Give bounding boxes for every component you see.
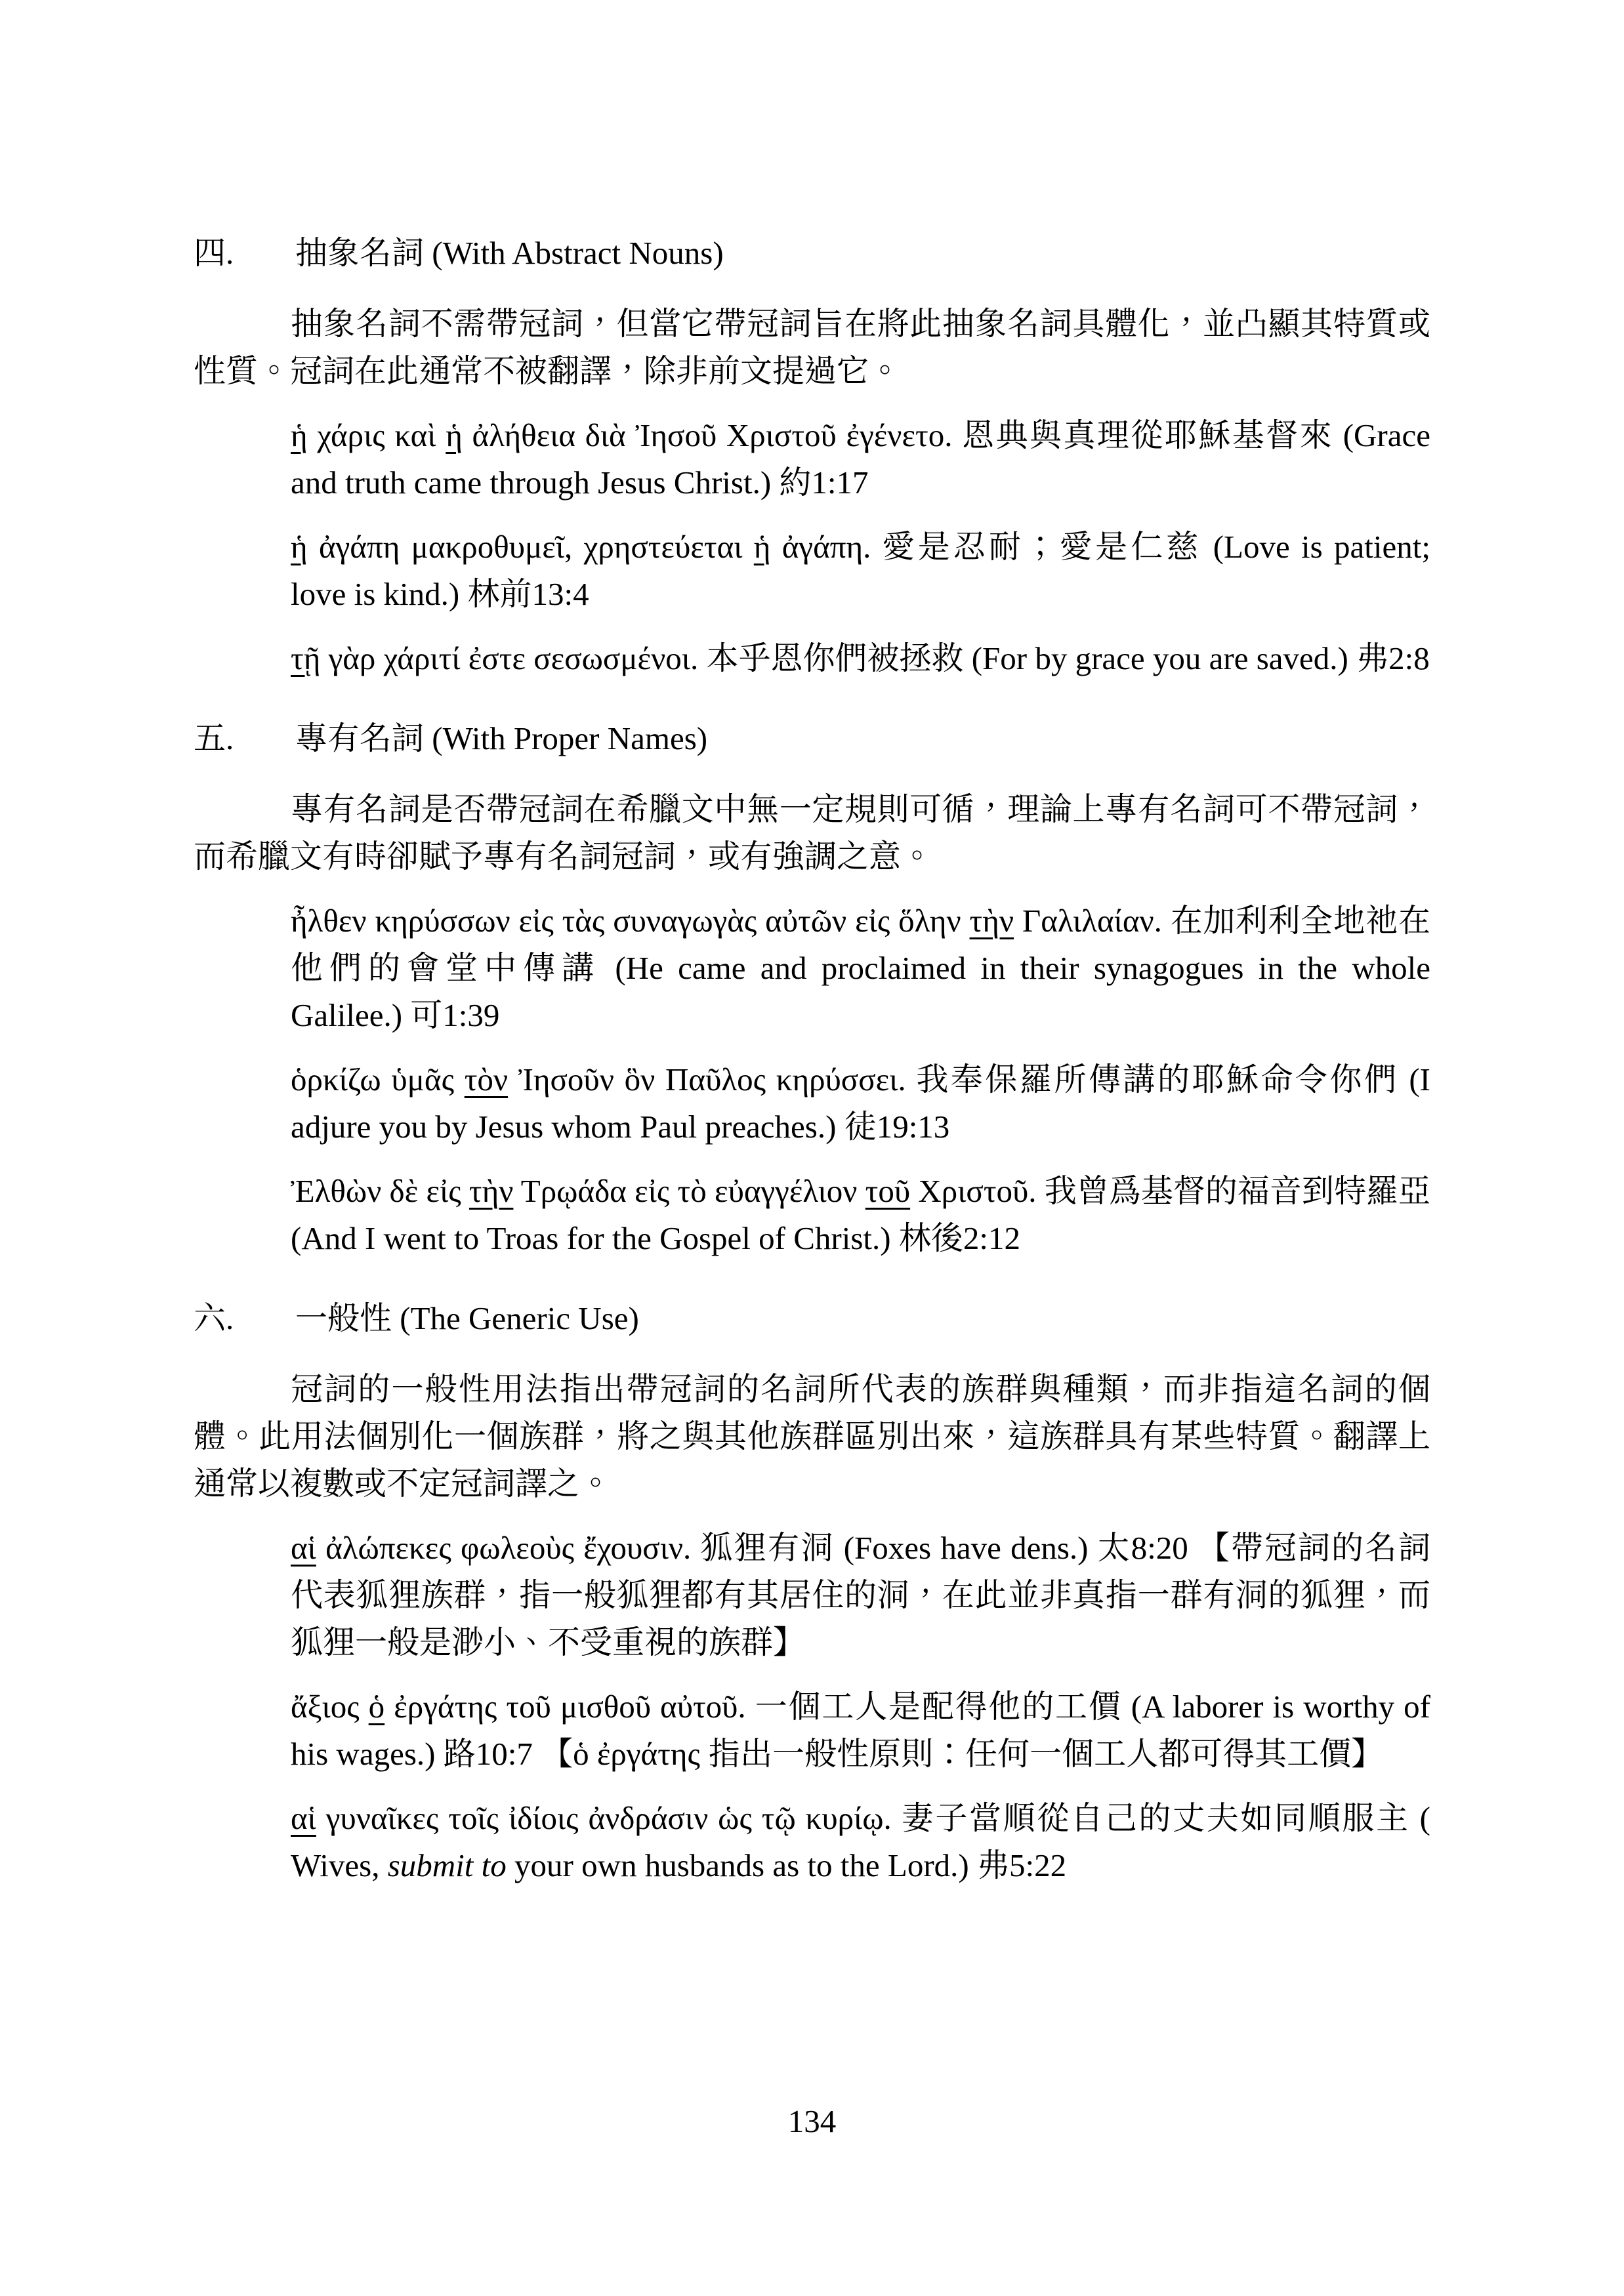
example-text-segment: ἐργάτης τοῦ μισθοῦ αὐτοῦ. 一個工人是配得他的工價 (A… [291,1689,1430,1772]
section-number: 五. [194,715,295,762]
page-content: 四.抽象名詞 (With Abstract Nouns)抽象名詞不需帶冠詞，但當… [194,230,1430,1889]
example-text-segment: ἄξιος [291,1689,369,1725]
section-number: 四. [194,230,295,277]
greek-article-underlined: ἡ [754,529,771,565]
greek-article-underlined: ἡ [291,417,308,453]
page-number: 134 [0,2098,1624,2145]
section: 四.抽象名詞 (With Abstract Nouns)抽象名詞不需帶冠詞，但當… [194,230,1430,682]
example-text-segment: ἦλθεν κηρύσσων εἰς τὰς συναγωγὰς αὐτῶν ε… [291,903,970,939]
example-item: ἡ χάρις καὶ ἡ ἀλήθεια διὰ Ἰησοῦ Χριστοῦ … [291,412,1430,506]
section: 五.專有名詞 (With Proper Names)專有名詞是否帶冠詞在希臘文中… [194,715,1430,1262]
greek-article-underlined: ἡ [291,529,308,565]
example-item: ὁρκίζω ὑμᾶς τὸν Ἰησοῦν ὃν Παῦλος κηρύσσε… [291,1056,1430,1151]
section-heading: 五.專有名詞 (With Proper Names) [194,715,1430,762]
greek-article-underlined: αἱ [291,1530,316,1566]
example-text-segment: ἀλώπεκες φωλεοὺς ἔχουσιν. 狐狸有洞 (Foxes ha… [291,1530,1430,1660]
section-title: 抽象名詞 (With Abstract Nouns) [295,230,1430,277]
section-intro: 專有名詞是否帶冠詞在希臘文中無一定規則可循，理論上專有名詞可不帶冠詞，而希臘文有… [194,786,1430,880]
section-intro: 抽象名詞不需帶冠詞，但當它帶冠詞旨在將此抽象名詞具體化，並凸顯其特質或性質。冠詞… [194,300,1430,395]
sections-root: 四.抽象名詞 (With Abstract Nouns)抽象名詞不需帶冠詞，但當… [194,230,1430,1889]
section-title: 專有名詞 (With Proper Names) [295,715,1430,762]
example-item: ἡ ἀγάπη μακροθυμεῖ, χρηστεύεται ἡ ἀγάπη.… [291,523,1430,618]
section-heading: 六.一般性 (The Generic Use) [194,1295,1430,1342]
example-item: Ἐλθὼν δὲ εἰς τὴν Τρῳάδα εἰς τὸ εὐαγγέλιο… [291,1168,1430,1262]
example-text-segment: γὰρ χάριτί ἐστε σεσωσμένοι. 本乎恩你們被拯救 (Fo… [320,640,1429,676]
section-intro: 冠詞的一般性用法指出帶冠詞的名詞所代表的族群與種類，而非指這名詞的個體。此用法個… [194,1366,1430,1507]
section-heading: 四.抽象名詞 (With Abstract Nouns) [194,230,1430,277]
greek-article-underlined: ὁ [369,1689,385,1725]
greek-article-underlined: τὸν [465,1061,508,1097]
example-text-segment: submit to [388,1847,507,1883]
section: 六.一般性 (The Generic Use)冠詞的一般性用法指出帶冠詞的名詞所… [194,1295,1430,1889]
example-item: ἦλθεν κηρύσσων εἰς τὰς συναγωγὰς αὐτῶν ε… [291,897,1430,1039]
example-text-segment: χάρις καὶ [308,417,446,453]
example-text-segment: Ἐλθὼν δὲ εἰς [291,1173,469,1209]
section-number: 六. [194,1295,295,1342]
example-text-segment: ὁρκίζω ὑμᾶς [291,1061,465,1097]
section-title: 一般性 (The Generic Use) [295,1295,1430,1342]
example-item: αἱ γυναῖκες τοῖς ἰδίοις ἀνδράσιν ὡς τῷ κ… [291,1795,1430,1889]
document-page: { "page": { "number": "134" }, "sections… [0,0,1624,2296]
greek-article-underlined: τῇ [291,640,320,676]
example-item: αἱ ἀλώπεκες φωλεοὺς ἔχουσιν. 狐狸有洞 (Foxes… [291,1525,1430,1666]
example-item: τῇ γὰρ χάριτί ἐστε σεσωσμένοι. 本乎恩你們被拯救 … [291,635,1430,682]
greek-article-underlined: τὴν [970,903,1014,939]
greek-article-underlined: ἡ [446,417,463,453]
example-text-segment: your own husbands as to the Lord.) 弗5:22 [507,1847,1066,1883]
greek-article-underlined: τὴν [469,1173,513,1209]
example-item: ἄξιος ὁ ἐργάτης τοῦ μισθοῦ αὐτοῦ. 一個工人是配… [291,1683,1430,1778]
example-text-segment: Τρῳάδα εἰς τὸ εὐαγγέλιον [513,1173,865,1209]
example-text-segment: ἀγάπη μακροθυμεῖ, χρηστεύεται [308,529,754,565]
greek-article-underlined: τοῦ [865,1173,910,1209]
greek-article-underlined: αἱ [291,1800,316,1836]
